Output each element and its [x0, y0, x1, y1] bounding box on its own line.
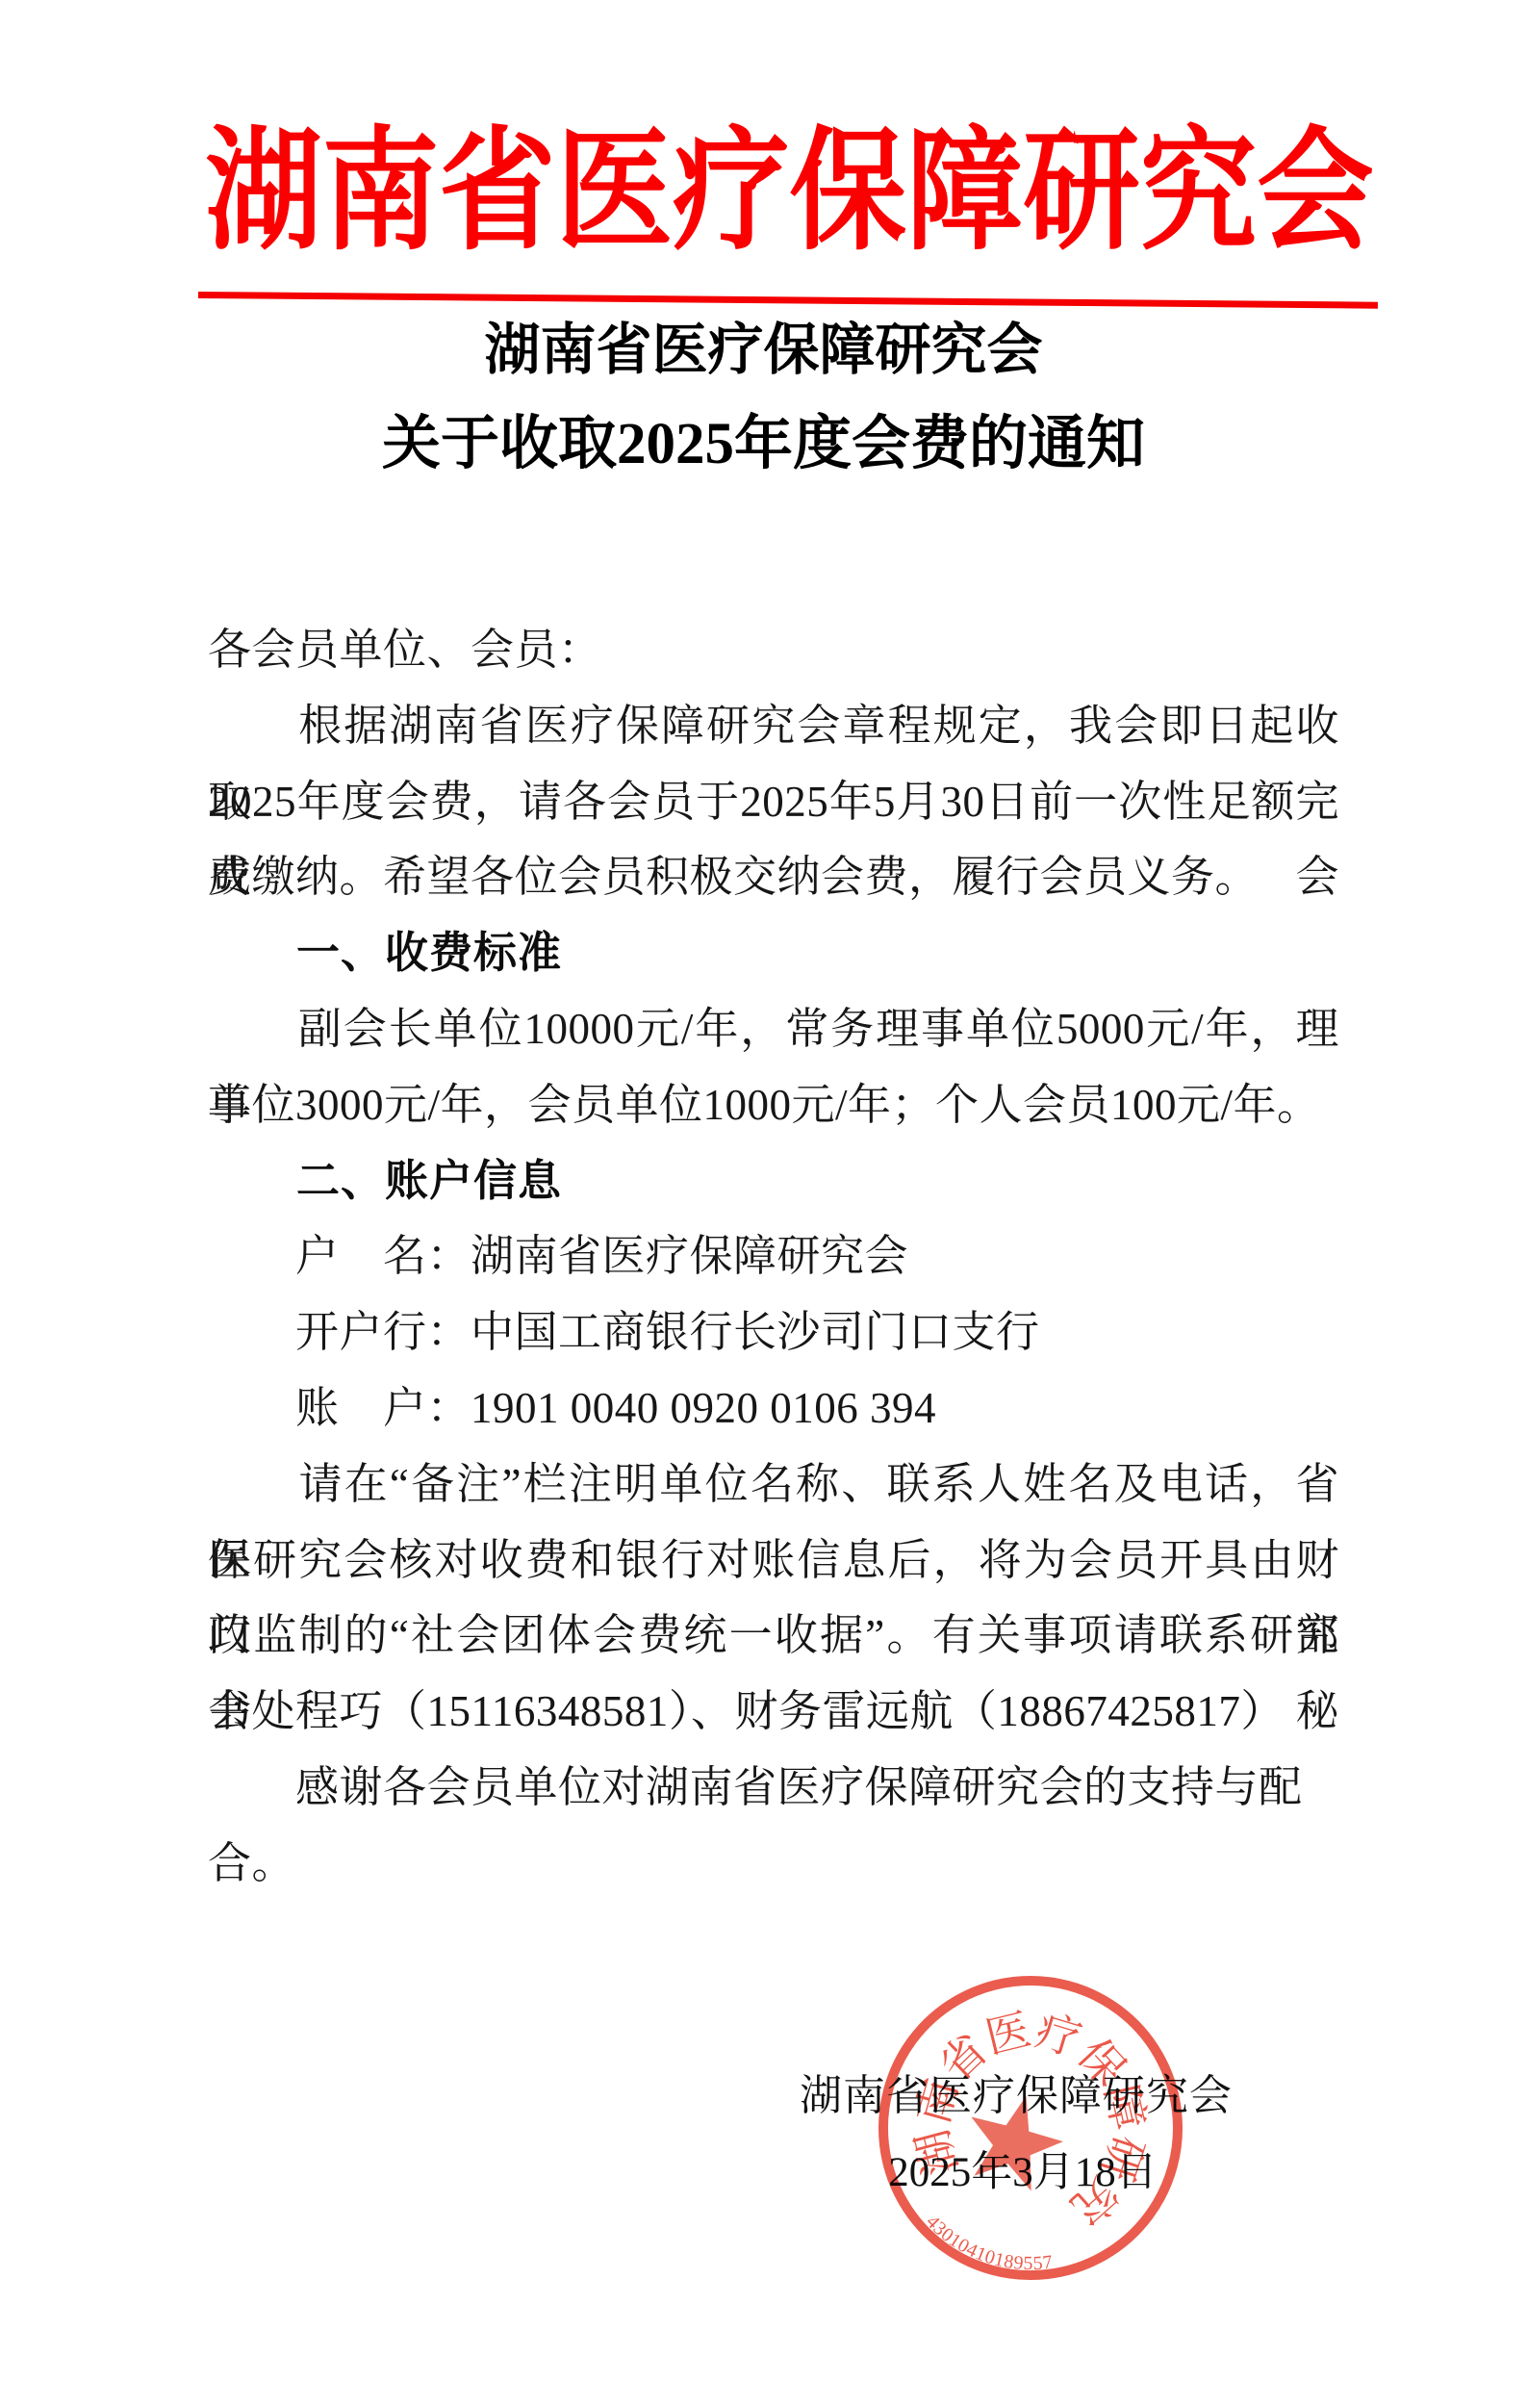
seal-star-icon	[956, 2084, 1072, 2196]
document-page: 湖南省医疗保障研究会 湖南省医疗保障研究会 关于收取2025年度会费的通知 各会…	[0, 0, 1527, 2408]
body-line: 请在“备注”栏注明单位名称、联系人姓名及电话，省医	[208, 1447, 1339, 1523]
body-line: 副会长单位10000元/年，常务理事单位5000元/年，理事	[208, 991, 1339, 1067]
doc-title-line1: 湖南省医疗保障研究会	[0, 318, 1527, 383]
account-number-line: 账 户：1901 0040 0920 0106 394	[208, 1371, 1339, 1447]
letterhead-title: 湖南省医疗保障研究会	[117, 114, 1462, 271]
body-line: 单位3000元/年，会员单位1000元/年；个人会员100元/年。	[208, 1067, 1339, 1143]
letterhead-divider	[198, 292, 1378, 309]
body-line: 2025年度会费，请各会员于2025年5月30日前一次性足额完成会	[208, 764, 1339, 840]
account-bank-line: 开户行：中国工商银行长沙司门口支行	[208, 1294, 1339, 1371]
account-name-line: 户 名：湖南省医疗保障研究会	[208, 1218, 1339, 1294]
body-line: 各会员单位、会员：	[208, 612, 1339, 688]
body-line: 保研究会核对收费和银行对账信息后，将为会员开具由财政部	[208, 1523, 1339, 1599]
body-text: 各会员单位、会员： 根据湖南省医疗保障研究会章程规定，我会即日起收取 2025年…	[208, 612, 1339, 1826]
body-line: 感谢各会员单位对湖南省医疗保障研究会的支持与配合。	[208, 1750, 1339, 1826]
doc-title-line2: 关于收取2025年度会费的通知	[0, 408, 1527, 481]
body-line: 门监制的“社会团体会费统一收据”。有关事项请联系研究会秘	[208, 1598, 1339, 1674]
official-seal: 湖南省医疗保障研究会 43010410189557	[830, 1928, 1231, 2328]
contacts-line: 书处程巧（15116348581）、财务雷远航（18867425817）	[208, 1674, 1339, 1750]
body-line: 根据湖南省医疗保障研究会章程规定，我会即日起收取	[208, 688, 1339, 764]
section-heading-account: 二、账户信息	[208, 1143, 1339, 1219]
section-heading-fees: 一、收费标准	[208, 915, 1339, 991]
body-line: 费缴纳。希望各位会员积极交纳会费，履行会员义务。	[208, 839, 1339, 915]
